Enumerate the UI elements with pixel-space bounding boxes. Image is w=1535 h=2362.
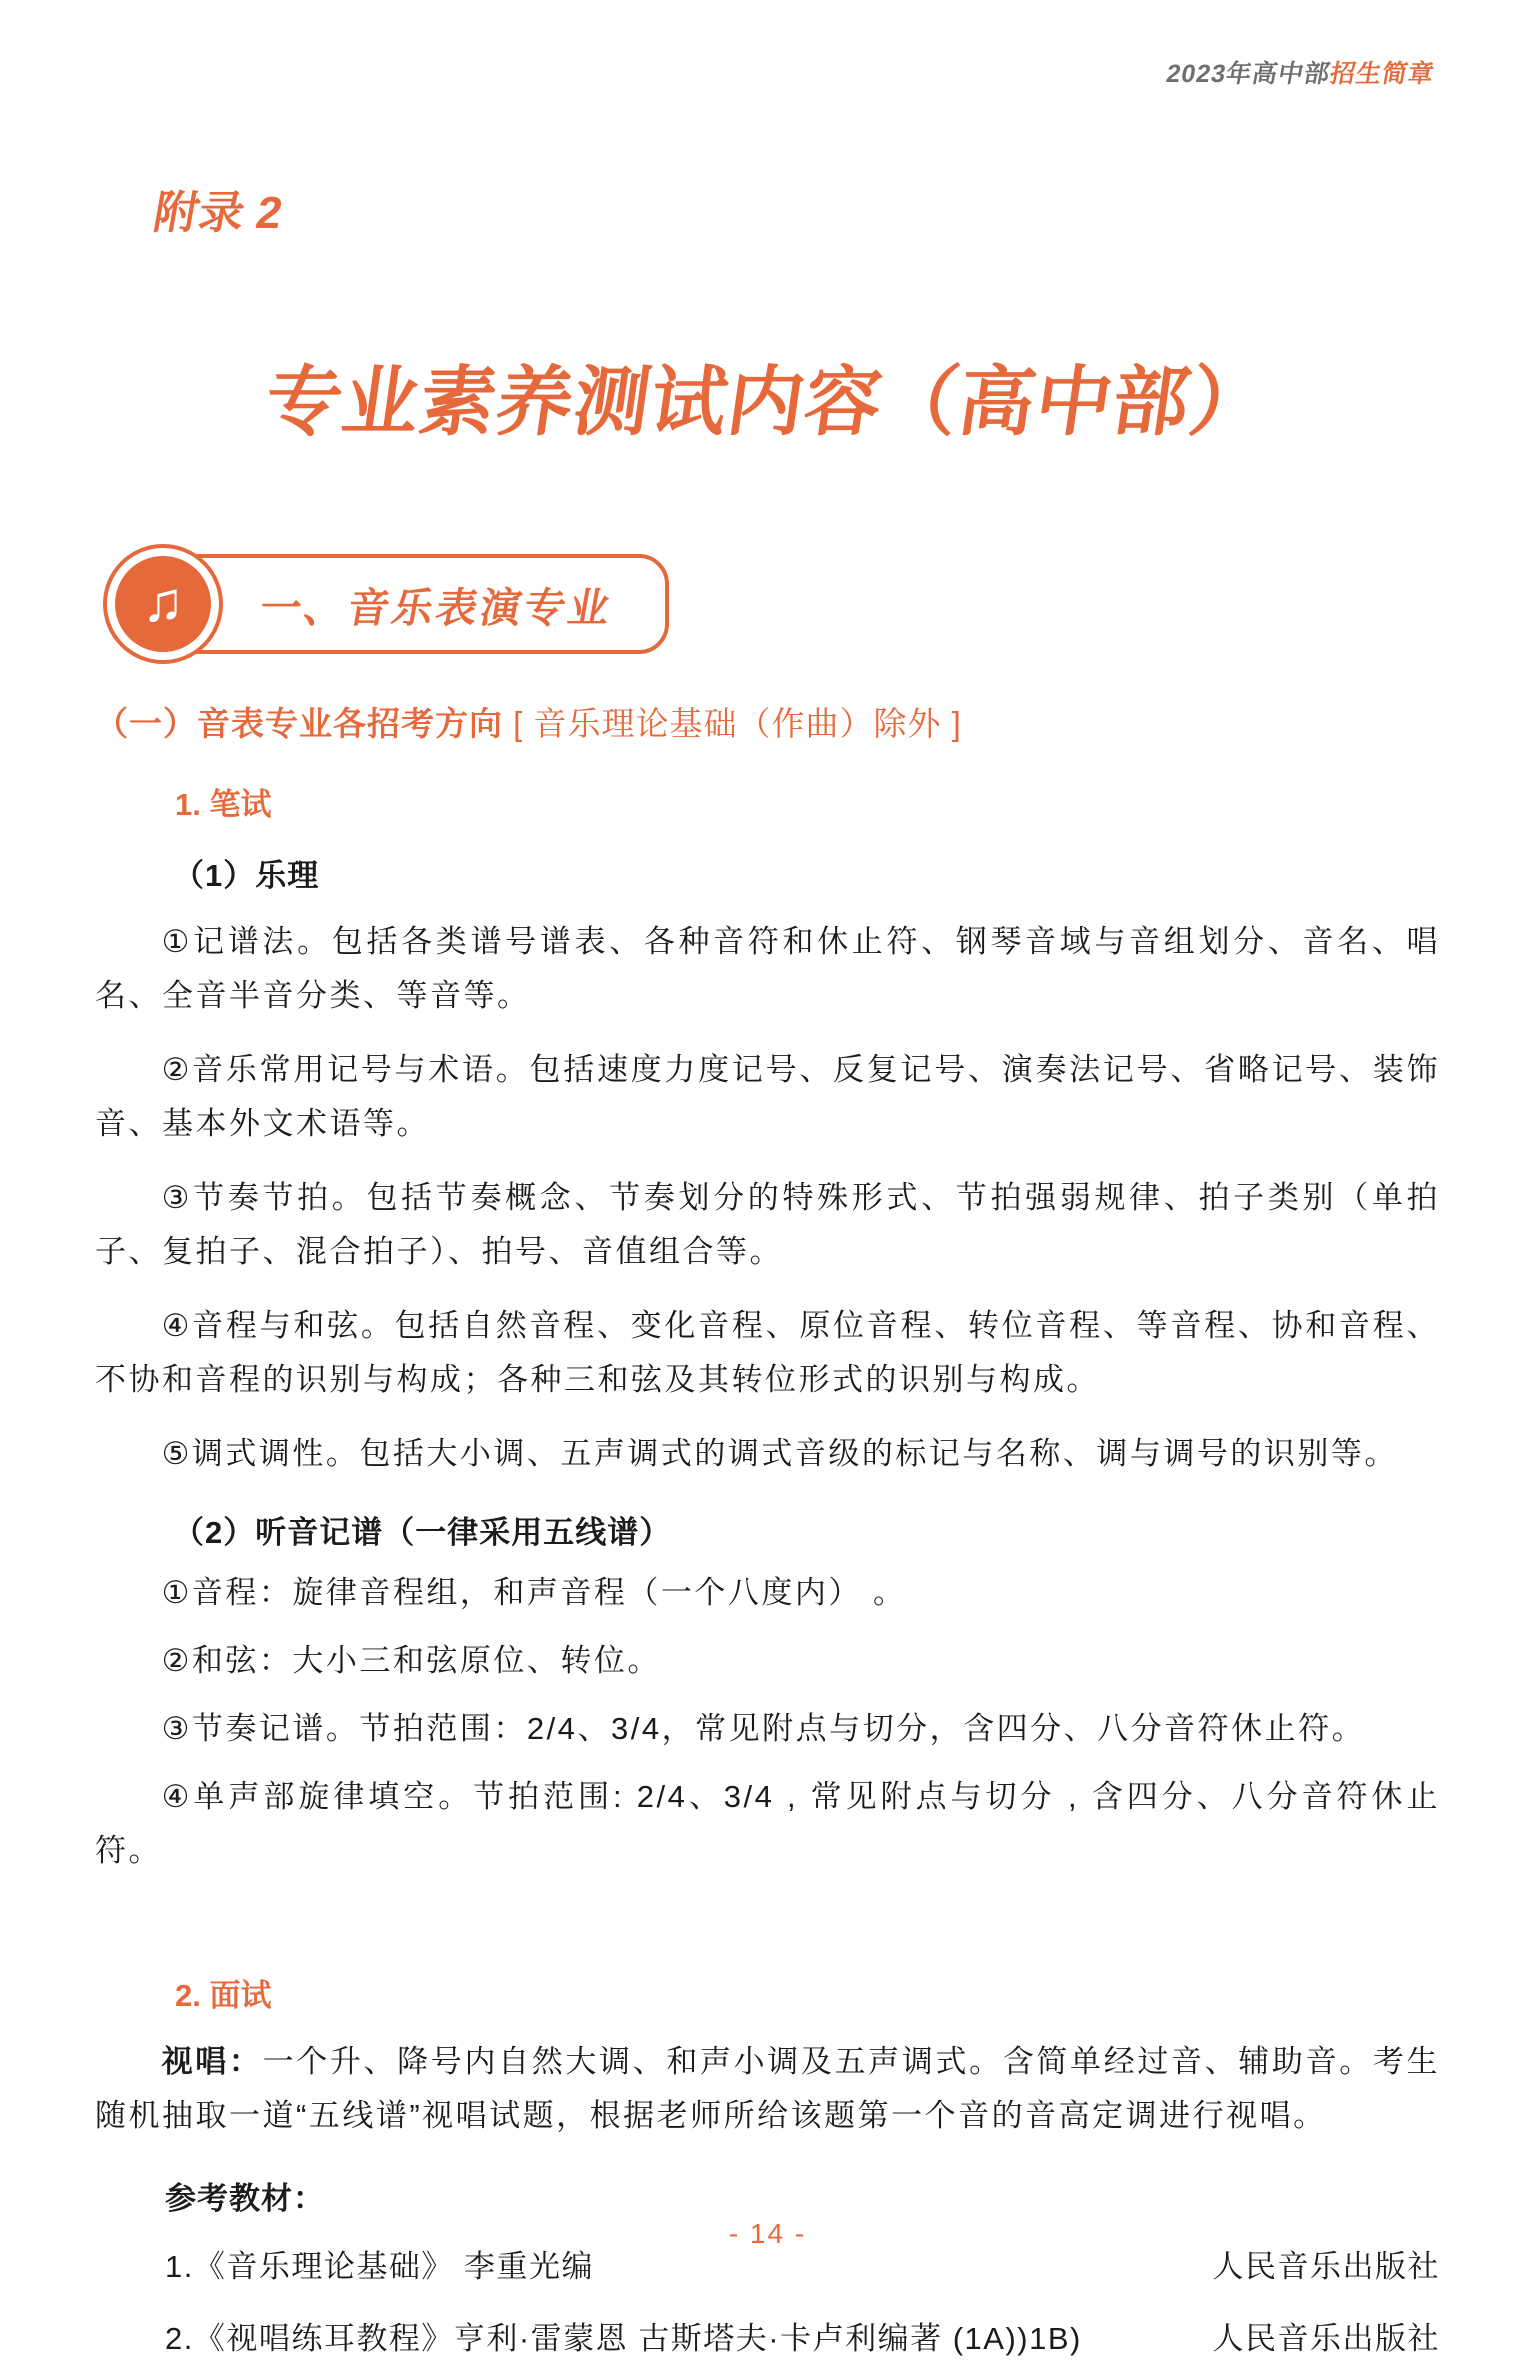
document-page: 2023年高中部招生简章 附录 2 专业素养测试内容（高中部） ♫ 一、音乐表演… (0, 0, 1535, 2362)
page-title: 专业素养测试内容（高中部） (95, 341, 1440, 450)
sight-singing-lead: 视唱： (162, 2044, 263, 2079)
theory-item: ⑤调式调性。包括大小调、五声调式的调式音级的标记与名称、调与调号的识别等。 (95, 1427, 1440, 1481)
subsection-heading: （一）音表专业各招考方向 [ 音乐理论基础（作曲）除外 ] (95, 698, 1440, 745)
dictation-item: ④单声部旋律填空。节拍范围: 2/4、3/4 , 常见附点与切分 , 含四分、八… (95, 1770, 1440, 1878)
material-title: 2.《视唱练耳教程》亨利·雷蒙恩 古斯塔夫·卡卢利编著 (1A))1B) (165, 2316, 1082, 2362)
dictation-item-list: ①音程：旋律音程组，和声音程（一个八度内） 。 ②和弦：大小三和弦原位、转位。 … (95, 1566, 1440, 1878)
sight-singing-body: 一个升、降号内自然大调、和声小调及五声调式。含简单经过音、辅助音。考生随机抽取一… (95, 2044, 1440, 2133)
material-title: 1.《音乐理论基础》 李重光编 (165, 2244, 594, 2290)
page-number: - 14 - (0, 2218, 1535, 2250)
section-pill: 一、音乐表演专业 (161, 554, 669, 654)
theory-item-list: ①记谱法。包括各类谱号谱表、各种音符和休止符、钢琴音域与音组划分、音名、唱名、全… (95, 915, 1440, 1481)
interview-label: 2. 面试 (175, 1970, 1440, 2015)
dictation-part-label: （2）听音记谱（一律采用五线谱） (173, 1507, 1440, 1552)
appendix-label: 附录 2 (155, 176, 1440, 241)
dictation-item: ②和弦：大小三和弦原位、转位。 (95, 1634, 1440, 1688)
materials-label: 参考教材： (165, 2173, 1440, 2218)
section-banner: ♫ 一、音乐表演专业 (103, 542, 1440, 666)
dictation-item: ③节奏记谱。节拍范围：2/4、3/4，常见附点与切分，含四分、八分音符休止符。 (95, 1702, 1440, 1756)
material-publisher: 人民音乐出版社 (1213, 2244, 1441, 2290)
section-title: 一、音乐表演专业 (256, 575, 618, 634)
sight-singing-paragraph: 视唱：一个升、降号内自然大调、和声小调及五声调式。含简单经过音、辅助音。考生随机… (95, 2035, 1440, 2143)
written-test-label: 1. 笔试 (175, 779, 1440, 824)
theory-item: ③节奏节拍。包括节奏概念、节奏划分的特殊形式、节拍强弱规律、拍子类别（单拍子、复… (95, 1171, 1440, 1279)
theory-item: ④音程与和弦。包括自然音程、变化音程、原位音程、转位音程、等音程、协和音程、不协… (95, 1299, 1440, 1407)
material-row: 2.《视唱练耳教程》亨利·雷蒙恩 古斯塔夫·卡卢利编著 (1A))1B) 人民音… (165, 2316, 1440, 2362)
subsection-heading-main: （一）音表专业各招考方向 (95, 705, 503, 742)
theory-item: ①记谱法。包括各类谱号谱表、各种音符和休止符、钢琴音域与音组划分、音名、唱名、全… (95, 915, 1440, 1023)
material-publisher: 人民音乐出版社 (1213, 2316, 1441, 2362)
running-header-highlight: 招生简章 (1328, 60, 1437, 88)
material-row: 1.《音乐理论基础》 李重光编 人民音乐出版社 (165, 2244, 1440, 2290)
theory-part-label: （1）乐理 (173, 850, 1440, 895)
music-notes-icon: ♫ (103, 544, 223, 664)
dictation-item: ①音程：旋律音程组，和声音程（一个八度内） 。 (95, 1566, 1440, 1620)
running-header-prefix: 2023年高中部 (1165, 60, 1334, 88)
theory-item: ②音乐常用记号与术语。包括速度力度记号、反复记号、演奏法记号、省略记号、装饰音、… (95, 1043, 1440, 1151)
subsection-heading-note: [ 音乐理论基础（作曲）除外 ] (503, 705, 962, 742)
running-header: 2023年高中部招生简章 (0, 0, 1535, 90)
